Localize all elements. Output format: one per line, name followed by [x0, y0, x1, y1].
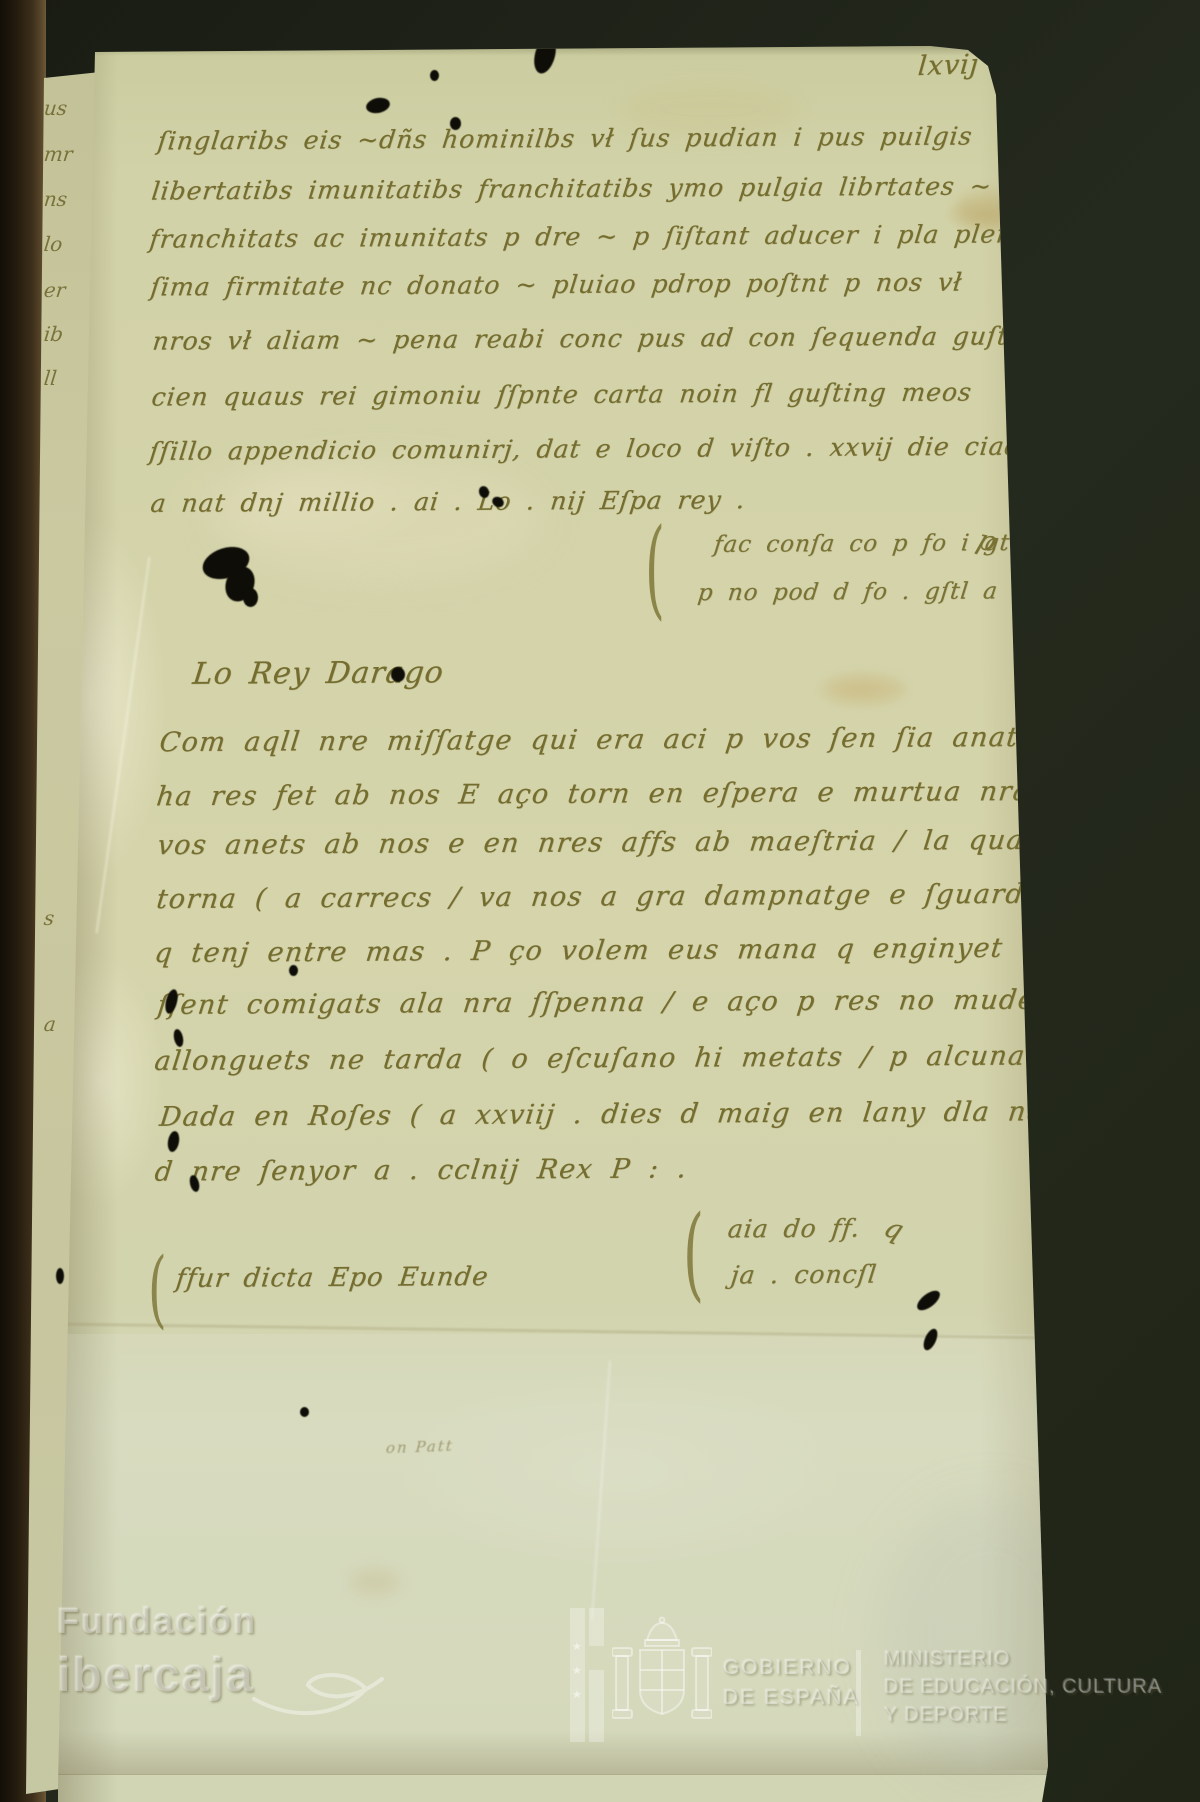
- letter-line: ha res fet ab nos E aço torn en eſpera e…: [155, 775, 1200, 813]
- ministerio-watermark-line3: Y DEPORTE: [884, 1704, 1008, 1727]
- stain: [880, 1500, 1100, 1780]
- closing-note-bracket: (: [683, 1196, 704, 1315]
- latin-text-line: ſima firmitate nc donato ~ pluiao pdrop …: [149, 268, 964, 302]
- verso-text-fragment: us: [43, 96, 69, 120]
- closing-note-right-line: aia do ff.: [726, 1214, 862, 1244]
- flag-block-icon: [589, 1608, 604, 1646]
- watermark-divider: [856, 1650, 861, 1736]
- gobierno-watermark-line1: GOBIERNO: [723, 1656, 852, 1680]
- ink-damage-spot: [365, 96, 392, 116]
- letter-line: allonguets ne tarda ( o eſcuſano hi meta…: [153, 1040, 1109, 1077]
- fold-crease: [65, 1323, 1050, 1339]
- latin-text-line: libertatibs imunitatibs franchitatibs ym…: [150, 171, 994, 205]
- letter-line: vos anets ab nos e en nres affs ab maeſt…: [156, 824, 1185, 861]
- stain: [220, 460, 540, 580]
- letter-line: Dada en Roſes ( a xxviij . dies d maig e…: [158, 1096, 1059, 1132]
- ink-damage-spot: [921, 1327, 940, 1352]
- ink-damage-spot: [56, 1268, 64, 1284]
- star-icon: ★: [572, 1640, 582, 1653]
- margin-note-line: p no pod d fo . gſtl a p mert: [696, 578, 1103, 606]
- latin-text-line: cien quaus rei gimoniu ſſpnte carta noin…: [150, 377, 974, 411]
- stain: [825, 675, 905, 703]
- ink-damage-spot: [300, 1407, 309, 1417]
- faint-note: on Patt: [385, 1437, 454, 1457]
- verso-text-fragment: mr: [43, 142, 74, 166]
- ink-damage-spot: [289, 965, 298, 976]
- bottom-edge-shadow: [58, 1730, 1048, 1775]
- ink-damage-spot: [914, 1287, 943, 1314]
- star-icon: ★: [572, 1664, 582, 1677]
- flag-block-icon: [589, 1670, 604, 1742]
- ministerio-watermark-line1: MINISTERIO: [884, 1648, 1011, 1671]
- manuscript-photo: us mr ns lo er ib ll s a lxvij ſinglarib…: [0, 0, 1200, 1802]
- scratch-crease: [96, 557, 151, 934]
- ink-damage-spot: [166, 1130, 180, 1153]
- letter-line: torna ( a carrecs / va nos a gra dampnat…: [155, 878, 1178, 915]
- folio-number: lxvij: [917, 49, 981, 82]
- latin-text-line: nros vł aliam ~ pena reabi conc pus ad c…: [151, 321, 1019, 355]
- ink-damage-spot: [391, 667, 405, 682]
- verso-text-fragment: ns: [43, 187, 69, 211]
- letter-line: ſſent comigats ala nra ſſpenna / e aço p…: [156, 984, 1121, 1021]
- gobierno-watermark-line2: DE ESPAÑA: [723, 1686, 860, 1710]
- closing-note-right-line: ja . concſl: [729, 1260, 878, 1290]
- ibercaja-flourish-icon: [250, 1655, 390, 1725]
- vertical-crease: [591, 1360, 611, 1620]
- verso-text-fragment: a: [43, 1012, 57, 1036]
- latin-text-line: franchitats ac imunitats p dre ~ p ſiſta…: [148, 219, 1015, 253]
- spain-coat-of-arms-icon: [612, 1616, 712, 1736]
- margin-note-bracket: (: [645, 508, 665, 634]
- closing-note-left: ffur dicta Epo Eunde: [174, 1262, 490, 1294]
- ink-damage-spot: [530, 34, 559, 76]
- verso-text-fragment: ib: [43, 322, 65, 346]
- manuscript-page: lxvij ſinglaribs eis ~dñs hominilbs vł ſ…: [0, 0, 1200, 1802]
- stain: [350, 1570, 400, 1594]
- closing-note-left-bracket: (: [148, 1242, 167, 1340]
- closing-note-flourish: q: [879, 1213, 909, 1247]
- letter-line: Com aqll nre miſſatge qui era aci p vos …: [158, 721, 1200, 758]
- letter-line: d nre ſenyor a . cclnij Rex P : .: [153, 1153, 689, 1187]
- verso-text-fragment: er: [43, 278, 67, 302]
- latin-text-line: ſinglaribs eis ~dñs hominilbs vł ſus pud…: [156, 122, 974, 156]
- verso-text-fragment: ll: [43, 366, 58, 390]
- latin-text-line: ſſillo appendicio comunirj, dat e loco d…: [148, 431, 1105, 466]
- ibercaja-watermark-line2: ibercaja: [57, 1648, 254, 1703]
- verso-text-fragment: lo: [43, 232, 64, 256]
- ink-damage-spot: [450, 117, 461, 130]
- right-edge-shadow: [980, 60, 1050, 1770]
- ministerio-watermark-line2: DE EDUCACIÓN, CULTURA: [884, 1676, 1162, 1699]
- ink-damage-spot: [243, 588, 258, 607]
- ibercaja-watermark-line1: Fundación: [57, 1600, 257, 1642]
- letter-line: q tenj entre mas . P ço volem eus mana q…: [153, 932, 1137, 969]
- star-icon: ★: [572, 1688, 582, 1701]
- verso-text-fragment: s: [43, 906, 56, 930]
- margin-note-line: fac conſa co p fo i gt: [712, 530, 1011, 558]
- letter-heading: Lo Rey Darago: [191, 655, 446, 692]
- ink-damage-spot: [430, 70, 439, 81]
